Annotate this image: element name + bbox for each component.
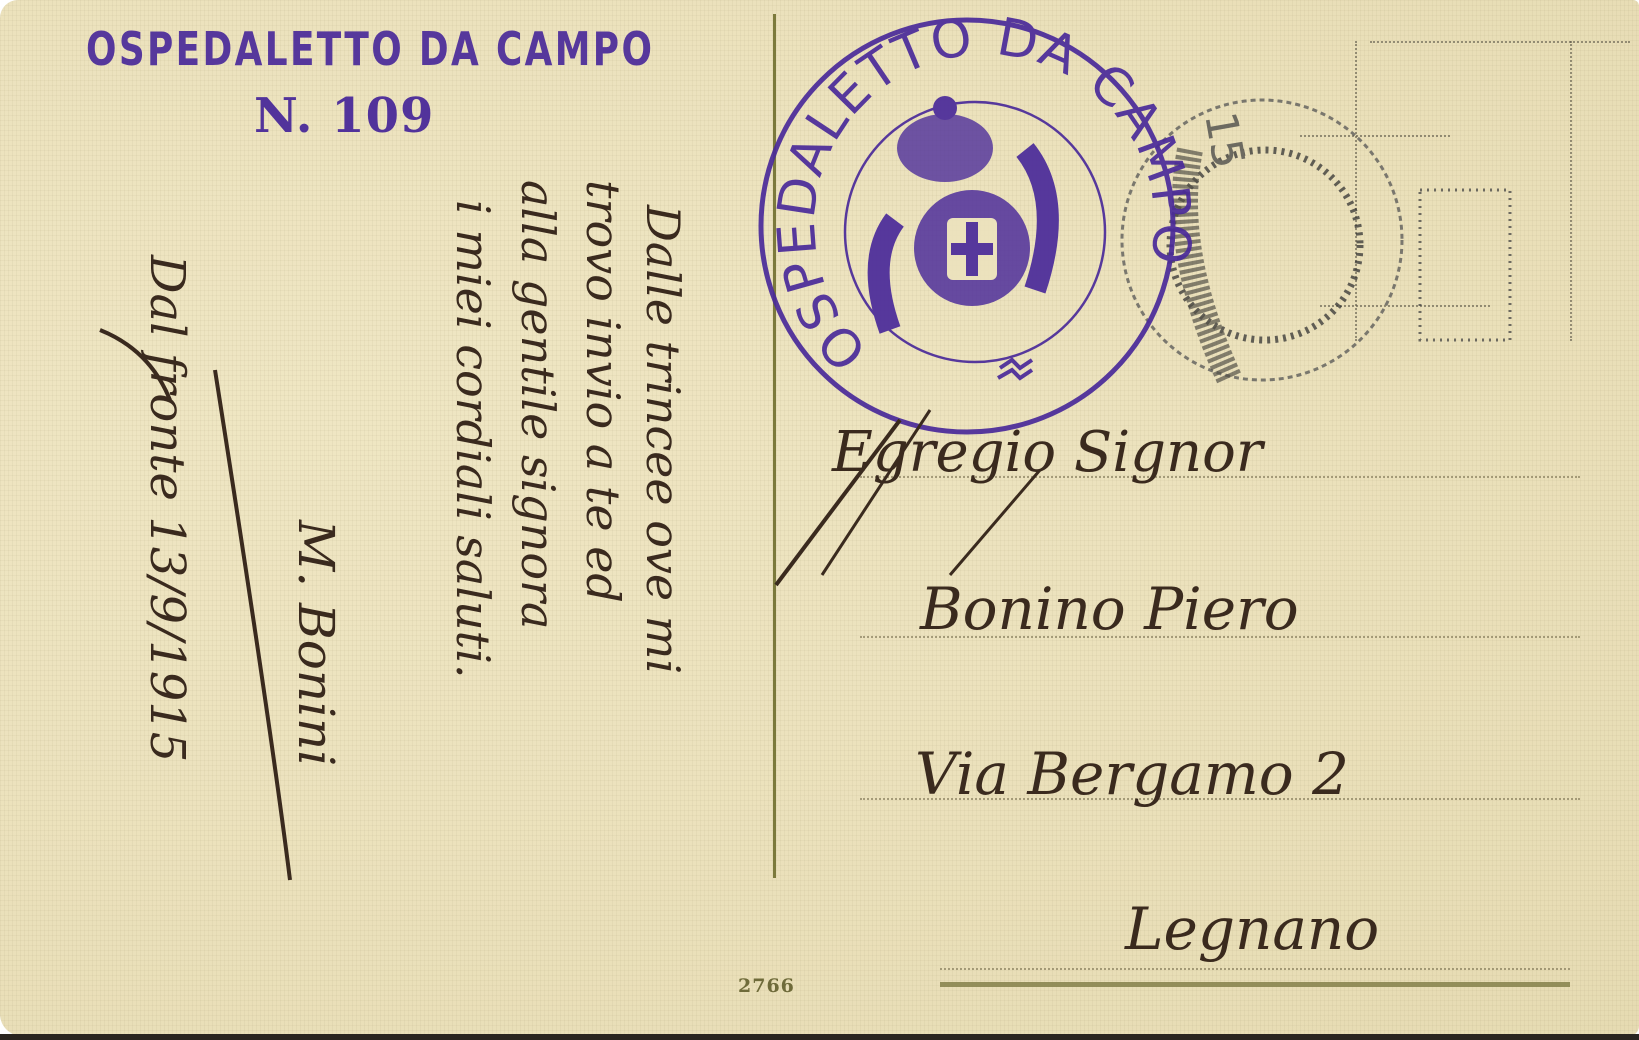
date-line: Dal fronte 13/9/1915 [139, 255, 195, 762]
stamps-layer: 15 OSPEDALETTO DA CAMPO [0, 0, 1639, 1036]
message-line-1: Dalle trincee ove mi [636, 205, 690, 674]
postcard: OSPEDALETTO DA CAMPO N. 109 2766 15 [0, 0, 1639, 1036]
savoy-coat-of-arms-icon [879, 96, 1048, 378]
handwriting-flourishes [100, 330, 1040, 880]
postmark-date-text: 15 [1194, 108, 1254, 172]
address-name: Bonino Piero [920, 575, 1299, 643]
hospital-seal: OSPEDALETTO DA CAMPO [761, 7, 1203, 432]
address-street: Via Bergamo 2 [915, 740, 1349, 808]
message-line-4: i miei cordiali saluti. [446, 200, 500, 679]
card-shadow-edge [0, 1034, 1639, 1040]
address-city: Legnano [1125, 895, 1379, 963]
message-line-3: alla gentile signora [511, 180, 565, 629]
address-salutation: Egregio Signor [832, 420, 1263, 485]
message-line-2: trovo invio a te ed [576, 180, 630, 603]
signature: M. Bonini [287, 520, 345, 766]
